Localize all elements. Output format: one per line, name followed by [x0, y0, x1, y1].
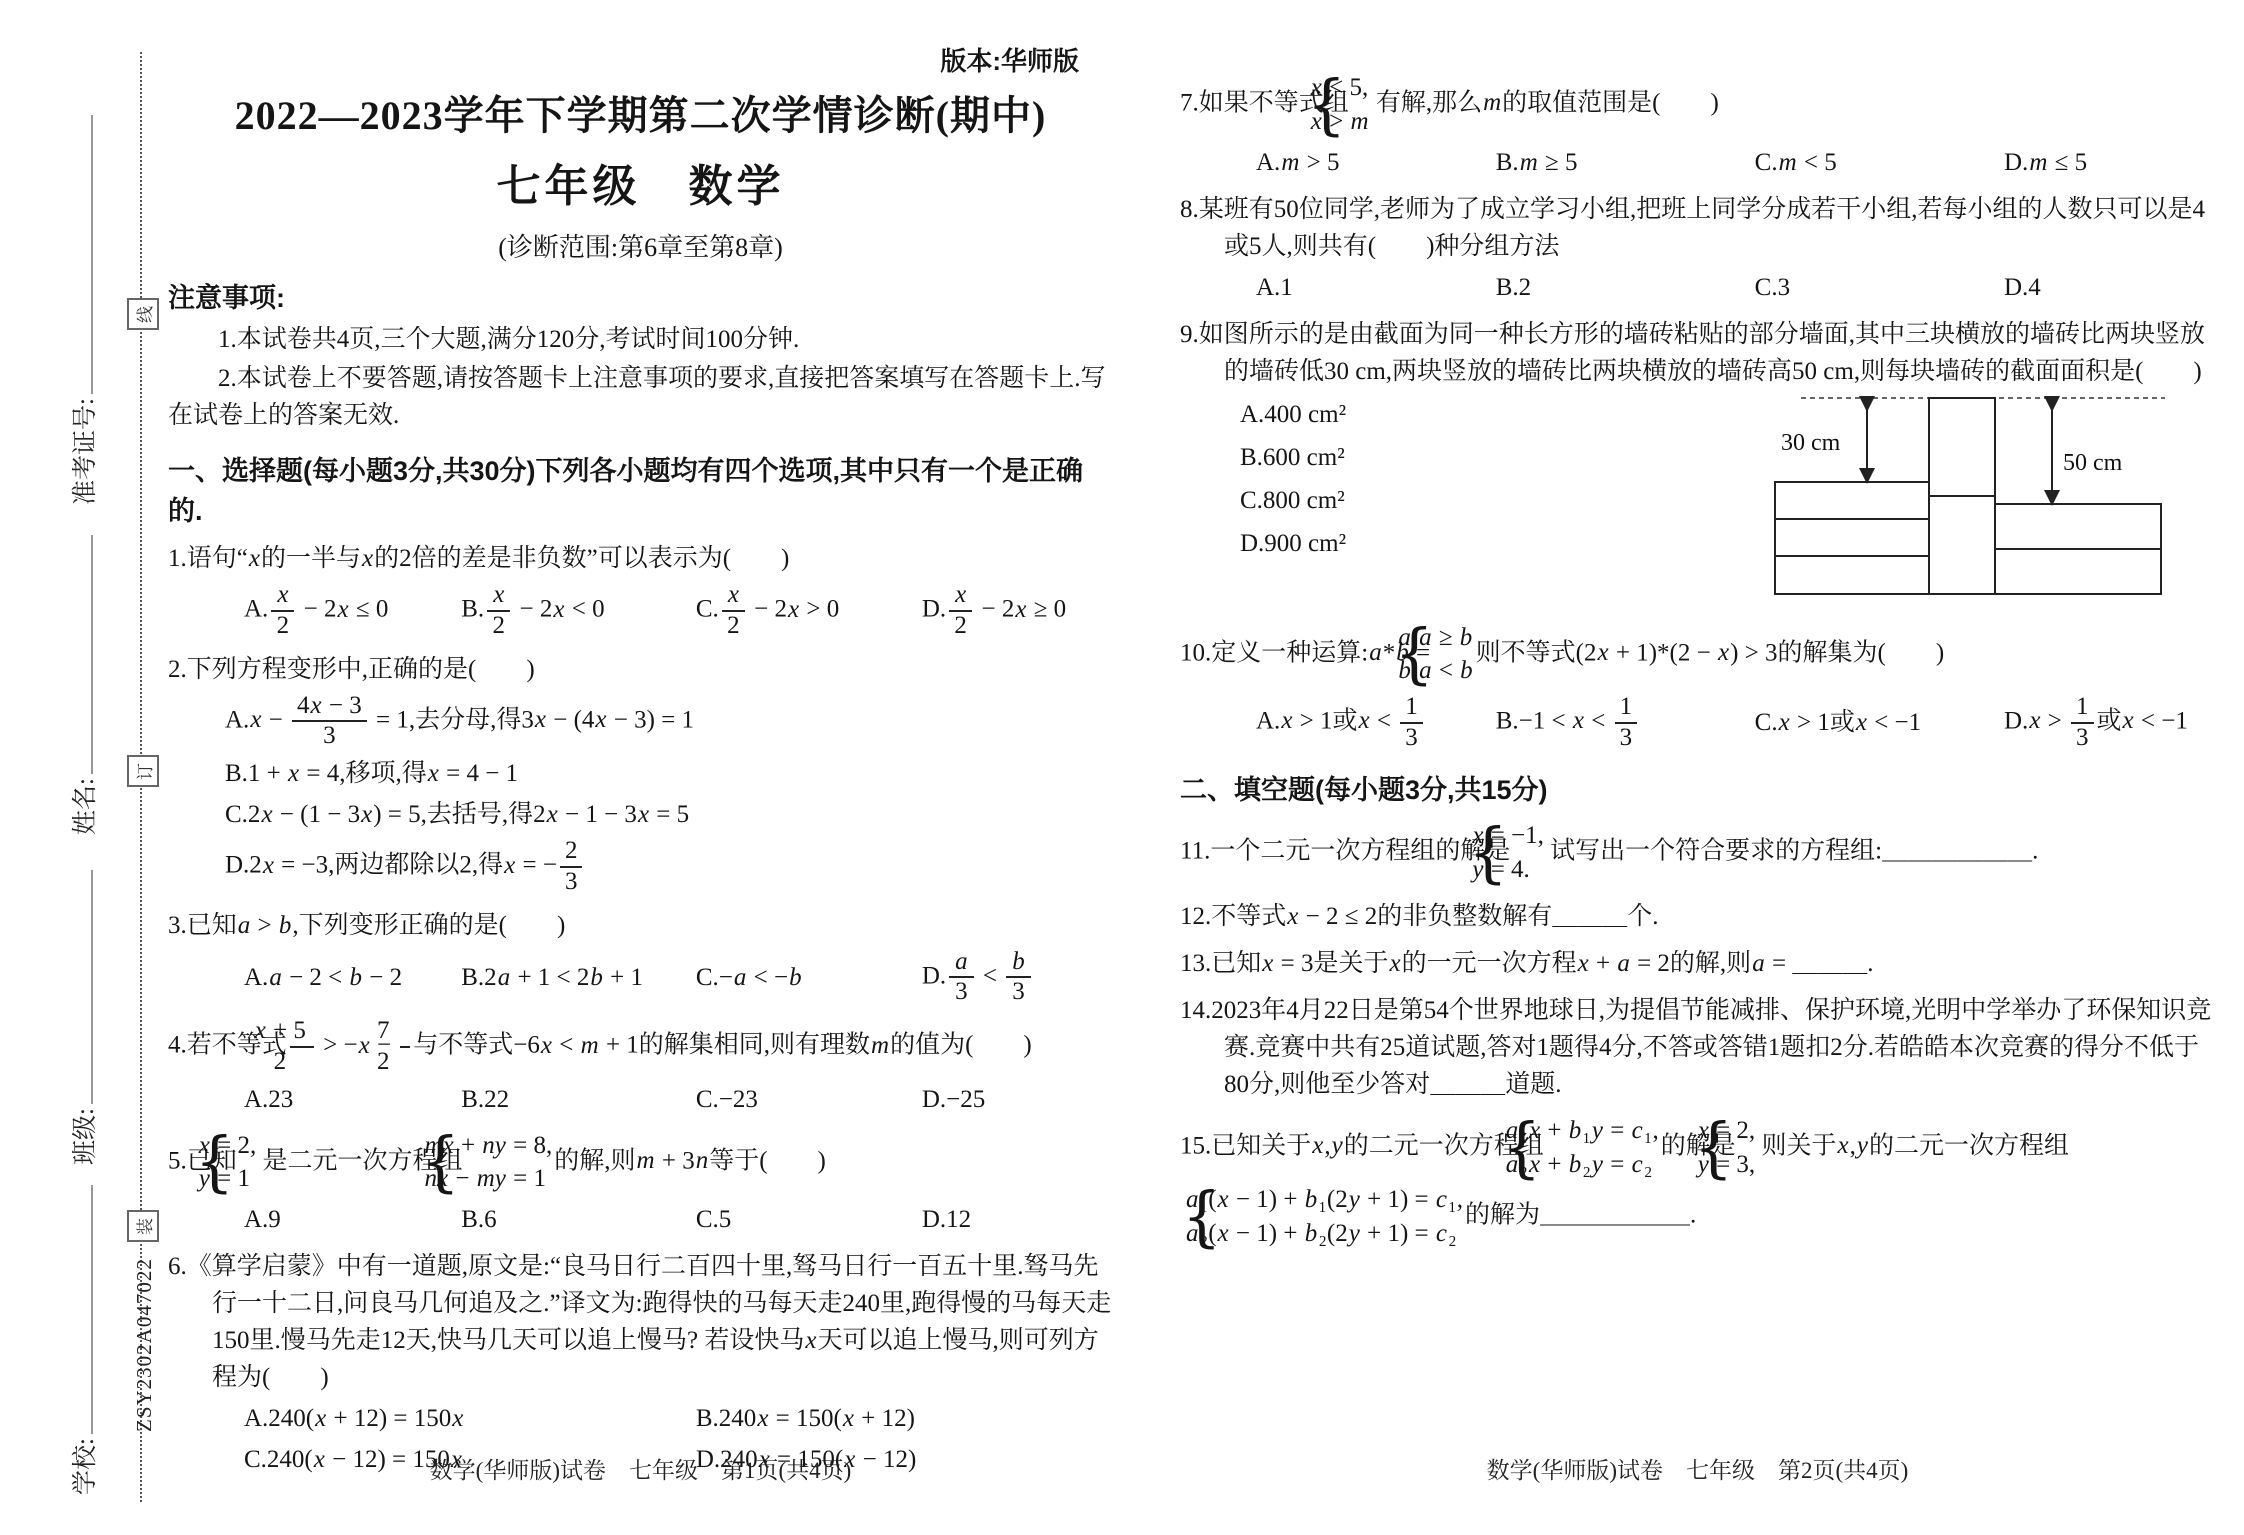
horizontal-brick: [1775, 519, 1929, 556]
section-choice-heading: 一、选择题(每小题3分,共30分)下列各小题均有四个选项,其中只有一个是正确的.: [168, 452, 1113, 532]
option-d: D.2x = −3,两边都除以2,得x = −23: [225, 837, 1113, 897]
option-a: A.m > 5: [1256, 144, 1496, 181]
question-1: 1.语句“x的一半与x的2倍的差是非负数”可以表示为( ) A.x2 − 2x …: [168, 540, 1113, 641]
option-b: B.2a + 1 < 2b + 1: [461, 959, 696, 996]
paper-code: ZSY2302A047022: [132, 1258, 157, 1432]
question-2: 2.下列方程变形中,正确的是( ) A.x − 4x − 33 = 1,去分母,…: [168, 651, 1113, 897]
paper-title: 2022—2023学年下学期第二次学情诊断(期中): [168, 86, 1113, 145]
question-2-stem: 2.下列方程变形中,正确的是( ): [212, 651, 1113, 688]
seal-char-ding: 订: [131, 763, 156, 780]
dimension-label-30cm: 30 cm: [1781, 430, 1841, 456]
option-c: C.3: [1755, 269, 2004, 306]
option-a: A.9: [244, 1201, 461, 1238]
option-c: C.x2 − 2x > 0: [696, 581, 922, 641]
seal-char-box: 订: [127, 755, 159, 787]
option-c: C.x > 1或x < −1: [1755, 704, 2004, 741]
question-14: 14.2023年4月22日是第54个世界地球日,为提倡节能减排、保护环境,光明中…: [1180, 992, 2215, 1103]
option-d: D.900 cm²: [1240, 525, 1696, 562]
field-label: 班级:: [72, 1108, 100, 1165]
option-a: A.400 cm²: [1240, 396, 1696, 433]
option-c: C.−23: [696, 1081, 922, 1118]
field-blank-line: [91, 535, 93, 774]
option-a: A.240(x + 12) = 150x: [244, 1400, 696, 1437]
question-7-options: A.m > 5 B.m ≥ 5 C.m < 5 D.m ≤ 5: [1256, 144, 2215, 181]
question-8-options: A.1 B.2 C.3 D.4: [1256, 269, 2215, 306]
question-1-options: A.x2 − 2x ≤ 0 B.x2 − 2x < 0 C.x2 − 2x > …: [244, 581, 1113, 641]
option-d: D.12: [922, 1201, 1113, 1238]
question-1-stem: 1.语句“x的一半与x的2倍的差是非负数”可以表示为( ): [212, 540, 1113, 577]
seal-char-zhuang: 装: [131, 1218, 156, 1235]
field-class: 班级:: [72, 870, 100, 1165]
question-10-stem: 10.定义一种运算:a*b = {a,a ≥ bb,a < b则不等式(2x +…: [1224, 620, 2215, 690]
question-7-stem: 7.如果不等式组{x < 5,x > m有解,那么m的取值范围是( ): [1224, 70, 2215, 140]
option-a: A.x > 1或x < 13: [1256, 693, 1496, 753]
question-7: 7.如果不等式组{x < 5,x > m有解,那么m的取值范围是( ) A.m …: [1180, 70, 2215, 181]
vertical-brick: [1929, 496, 1995, 594]
field-label: 姓名:: [72, 778, 100, 835]
notice-item-1: 1.本试卷共4页,三个大题,满分120分,考试时间100分钟.: [168, 321, 1113, 358]
question-13-stem: 13.已知x = 3是关于x的一元一次方程x + a = 2的解,则a = ＿＿…: [1224, 945, 2215, 982]
question-14-stem: 14.2023年4月22日是第54个世界地球日,为提倡节能减排、保护环境,光明中…: [1224, 992, 2215, 1103]
page-2: 7.如果不等式组{x < 5,x > m有解,那么m的取值范围是( ) A.m …: [1180, 42, 2215, 1492]
question-5-options: A.9 B.6 C.5 D.12: [244, 1201, 1113, 1238]
question-11: 11.一个二元一次方程组的解是{x = −1,y = 4.试写出一个符合要求的方…: [1180, 818, 2215, 888]
option-c: C.m < 5: [1755, 144, 2004, 181]
paper-subtitle: 七年级 数学: [168, 154, 1113, 219]
option-c: C.−a < −b: [696, 959, 922, 996]
option-b: B.22: [461, 1081, 696, 1118]
question-9: 9.如图所示的是由截面为同一种长方形的墙砖粘贴的部分墙面,其中三块横放的墙砖比两…: [1180, 316, 2215, 610]
option-d: D.4: [2004, 269, 2215, 306]
question-5-stem: 5.已知{x = 2,y = 1是二元一次方程组{mx + ny = 8,nx …: [212, 1128, 1113, 1198]
question-8-stem: 8.某班有50位同学,老师为了成立学习小组,把班上同学分成若干小组,若每小组的人…: [1224, 191, 2215, 265]
question-3-stem: 3.已知a > b,下列变形正确的是( ): [212, 907, 1113, 944]
question-5: 5.已知{x = 2,y = 1是二元一次方程组{mx + ny = 8,nx …: [168, 1128, 1113, 1239]
notice-heading: 注意事项:: [168, 279, 1113, 319]
diagnosis-scope: (诊断范围:第6章至第8章): [168, 229, 1113, 267]
question-3: 3.已知a > b,下列变形正确的是( ) A.a − 2 < b − 2 B.…: [168, 907, 1113, 1008]
option-a: A.a − 2 < b − 2: [244, 959, 461, 996]
page-1-footer: 数学(华师版)试卷 七年级 第1页(共4页): [168, 1454, 1113, 1488]
option-a: A.23: [244, 1081, 461, 1118]
question-15: 15.已知关于x,y的二元一次方程组{a₁x + b₁y = c₁,a₂x + …: [1180, 1113, 2215, 1252]
question-2-options: A.x − 4x − 33 = 1,去分母,得3x − (4x − 3) = 1…: [225, 692, 1113, 897]
question-4: 4.若不等式x + 52 > −x − 72与不等式−6x < m + 1的解集…: [168, 1017, 1113, 1118]
question-9-stem: 9.如图所示的是由截面为同一种长方形的墙砖粘贴的部分墙面,其中三块横放的墙砖比两…: [1224, 316, 2215, 390]
field-exam-number: 准考证号:: [72, 115, 100, 505]
question-13: 13.已知x = 3是关于x的一元一次方程x + a = 2的解,则a = ＿＿…: [1180, 945, 2215, 982]
horizontal-brick: [1995, 504, 2161, 549]
field-name: 姓名:: [72, 535, 100, 835]
option-d: D.−25: [922, 1081, 1113, 1118]
question-12: 12.不等式x − 2 ≤ 2的非负整数解有＿＿＿个.: [1180, 898, 2215, 935]
question-9-options: A.400 cm² B.600 cm² C.800 cm² D.900 cm²: [1240, 390, 1696, 562]
question-15-stem: 15.已知关于x,y的二元一次方程组{a₁x + b₁y = c₁,a₂x + …: [1224, 1113, 2215, 1252]
section-fill-heading: 二、填空题(每小题3分,共15分): [1180, 771, 2215, 811]
option-c: C.800 cm²: [1240, 482, 1696, 519]
question-10: 10.定义一种运算:a*b = {a,a ≥ bb,a < b则不等式(2x +…: [1180, 620, 2215, 753]
seal-char-box: 线: [127, 298, 159, 330]
question-4-options: A.23 B.22 C.−23 D.−25: [244, 1081, 1113, 1118]
option-d: D.a3 < b3: [922, 948, 1113, 1008]
notice-item-2: 2.本试卷上不要答题,请按答题卡上注意事项的要求,直接把答案填写在答题卡上.写在…: [168, 360, 1113, 434]
dimension-label-50cm: 50 cm: [2063, 450, 2123, 476]
question-6-stem: 6.《算学启蒙》中有一道题,原文是:“良马日行二百四十里,驽马日行一百五十里.驽…: [212, 1248, 1113, 1396]
edition-note: 版本:华师版: [168, 42, 1113, 80]
brick-wall-diagram: 30 cm 50 cm: [1749, 384, 2169, 599]
question-11-stem: 11.一个二元一次方程组的解是{x = −1,y = 4.试写出一个符合要求的方…: [1224, 818, 2215, 888]
question-9-body: A.400 cm² B.600 cm² C.800 cm² D.900 cm²: [1224, 390, 2215, 610]
option-b: B.m ≥ 5: [1496, 144, 1755, 181]
option-d: D.x > 13或x < −1: [2004, 693, 2215, 753]
option-d: D.m ≤ 5: [2004, 144, 2215, 181]
option-a: A.x − 4x − 33 = 1,去分母,得3x − (4x − 3) = 1: [225, 692, 1113, 752]
question-3-options: A.a − 2 < b − 2 B.2a + 1 < 2b + 1 C.−a <…: [244, 948, 1113, 1008]
option-a: A.1: [1256, 269, 1496, 306]
field-label: 准考证号:: [72, 398, 100, 505]
option-b: B.6: [461, 1201, 696, 1238]
question-4-stem: 4.若不等式x + 52 > −x − 72与不等式−6x < m + 1的解集…: [212, 1017, 1113, 1077]
page-1: 版本:华师版 2022—2023学年下学期第二次学情诊断(期中) 七年级 数学 …: [168, 42, 1113, 1492]
page-2-footer: 数学(华师版)试卷 七年级 第2页(共4页): [1180, 1454, 2215, 1488]
question-12-stem: 12.不等式x − 2 ≤ 2的非负整数解有＿＿＿个.: [1224, 898, 2215, 935]
option-b: B.−1 < x < 13: [1496, 693, 1755, 753]
horizontal-brick: [1775, 556, 1929, 594]
horizontal-brick: [1775, 482, 1929, 519]
horizontal-brick: [1995, 549, 2161, 594]
field-school: 学校:: [72, 1185, 100, 1495]
option-b: B.x2 − 2x < 0: [461, 581, 696, 641]
question-6: 6.《算学启蒙》中有一道题,原文是:“良马日行二百四十里,驽马日行一百五十里.驽…: [168, 1248, 1113, 1478]
question-10-options: A.x > 1或x < 13 B.−1 < x < 13 C.x > 1或x <…: [1256, 693, 2215, 753]
question-8: 8.某班有50位同学,老师为了成立学习小组,把班上同学分成若干小组,若每小组的人…: [1180, 191, 2215, 306]
field-blank-line: [91, 1185, 93, 1434]
field-label: 学校:: [72, 1438, 100, 1495]
option-c: C.2x − (1 − 3x) = 5,去括号,得2x − 1 − 3x = 5: [225, 796, 1113, 833]
option-b: B.240x = 150(x + 12): [696, 1400, 1113, 1437]
option-a: A.x2 − 2x ≤ 0: [244, 581, 461, 641]
seal-char-box: 装: [127, 1210, 159, 1242]
option-b: B.600 cm²: [1240, 439, 1696, 476]
field-blank-line: [91, 115, 93, 394]
option-d: D.x2 − 2x ≥ 0: [922, 581, 1113, 641]
exam-paper-scan: 线 订 装 ZSY2302A047022 准考证号: 姓名: 班级: 学校: 版…: [0, 0, 2244, 1535]
field-blank-line: [91, 870, 93, 1104]
brick-wall-figure: 30 cm 50 cm: [1749, 384, 2169, 610]
option-b: B.2: [1496, 269, 1755, 306]
option-b: B.1 + x = 4,移项,得x = 4 − 1: [225, 755, 1113, 792]
vertical-brick: [1929, 398, 1995, 496]
option-c: C.5: [696, 1201, 922, 1238]
seal-char-xian: 线: [131, 306, 156, 323]
